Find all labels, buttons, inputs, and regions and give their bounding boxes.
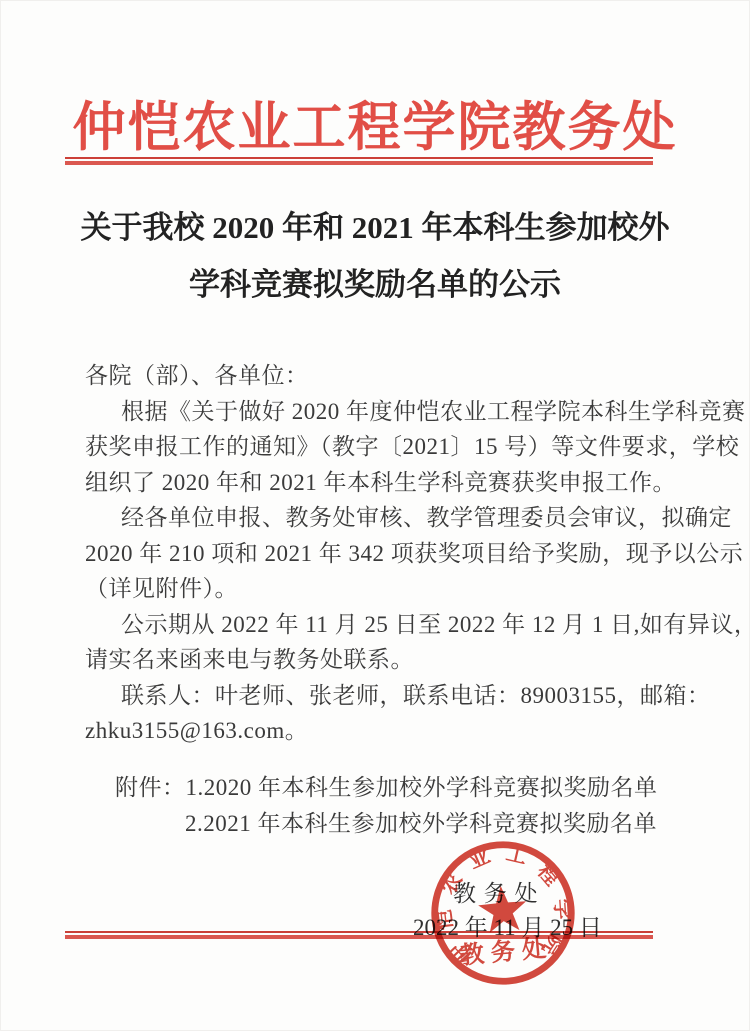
body-text-line: 各院（部）、各单位： bbox=[85, 358, 689, 394]
body-text-line: 根据《关于做好 2020 年度仲恺农业工程学院本科生学科竞赛 bbox=[85, 394, 689, 430]
document-title-line1: 关于我校 2020 年和 2021 年本科生参加校外 bbox=[1, 199, 749, 256]
body-text-line: 获奖申报工作的通知》（教字〔2021〕15 号）等文件要求，学校 bbox=[85, 429, 689, 465]
document-title-line2: 学科竞赛拟奖励名单的公示 bbox=[1, 256, 749, 313]
official-seal-icon: 仲恺农业工程学院 教务处 bbox=[418, 828, 587, 997]
body-text-line: 经各单位申报、教务处审核、教学管理委员会审议，拟确定 bbox=[85, 500, 689, 536]
body-text-line: 公示期从 2022 年 11 月 25 日至 2022 年 12 月 1 日,如… bbox=[85, 607, 689, 643]
document-page: 仲恺农业工程学院教务处 关于我校 2020 年和 2021 年本科生参加校外 学… bbox=[0, 0, 750, 1031]
body-text-line: zhku3155@163.com。 bbox=[85, 713, 689, 749]
masthead-rule bbox=[65, 157, 653, 165]
document-body: 各院（部）、各单位：根据《关于做好 2020 年度仲恺农业工程学院本科生学科竞赛… bbox=[85, 358, 689, 749]
body-text-line: 请实名来函来电与教务处联系。 bbox=[85, 642, 689, 678]
body-text-line: 联系人：叶老师、张老师，联系电话：89003155，邮箱： bbox=[85, 678, 689, 714]
attachment-line: 附件：1.2020 年本科生参加校外学科竞赛拟奖励名单 bbox=[85, 770, 709, 806]
attachments-list: 附件：1.2020 年本科生参加校外学科竞赛拟奖励名单2.2021 年本科生参加… bbox=[85, 770, 709, 841]
star-icon bbox=[477, 884, 529, 934]
seal-bottom-text: 教务处 bbox=[459, 934, 555, 970]
body-text-line: （详见附件）。 bbox=[85, 571, 689, 607]
masthead-title: 仲恺农业工程学院教务处 bbox=[1, 85, 749, 161]
body-text-line: 组织了 2020 年和 2021 年本科生学科竞赛获奖申报工作。 bbox=[85, 465, 689, 501]
attachment-line: 2.2021 年本科生参加校外学科竞赛拟奖励名单 bbox=[85, 806, 709, 842]
document-title: 关于我校 2020 年和 2021 年本科生参加校外 学科竞赛拟奖励名单的公示 bbox=[1, 199, 749, 313]
body-text-line: 2020 年 210 项和 2021 年 342 项获奖项目给予奖励，现予以公示 bbox=[85, 536, 689, 572]
